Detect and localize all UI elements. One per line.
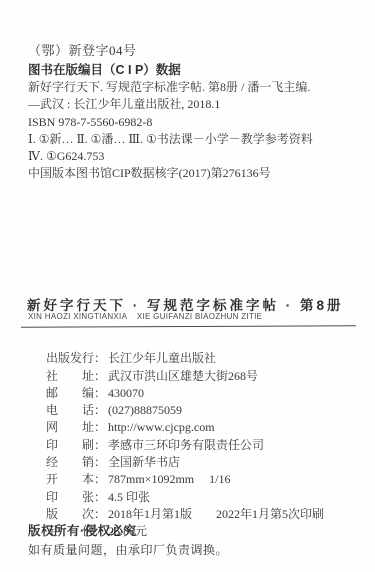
book-title-pinyin: XIN HAOZI XINGTIANXIA XIE GUIFANZI BIAOZ… <box>28 312 262 321</box>
cip-line-publisher: —武汉 : 长江少年儿童出版社, 2018.1 <box>28 96 363 113</box>
pub-label: 社址 <box>46 368 94 385</box>
pub-value: 长江少年儿童出版社 <box>108 351 216 365</box>
pub-colon: ： <box>94 489 106 506</box>
pub-label: 经销 <box>46 454 94 471</box>
pub-value: 全国新华书店 <box>108 455 180 469</box>
pub-colon: ： <box>94 350 106 367</box>
pub-value: http://www.cjcpg.com <box>108 420 215 434</box>
pub-value: 430070 <box>108 386 144 400</box>
cip-line-record-number: 中国版本图书馆CIP数据核字(2017)第276136号 <box>28 165 363 182</box>
cip-heading: 图书在版编目（C I P）数据 <box>28 60 181 78</box>
pub-label: 印张 <box>46 489 94 506</box>
publication-info-block: 出版发行：长江少年儿童出版社 社址：武汉市洪山区雄楚大街268号 邮编：4300… <box>28 333 358 523</box>
copyright-notice: 版权所有·侵权必究 <box>28 521 137 539</box>
pub-label: 电话 <box>46 402 94 419</box>
pub-colon: ： <box>94 437 106 454</box>
cip-line-isbn: ISBN 978-7-5560-6982-8 <box>28 114 363 131</box>
pub-value: 武汉市洪山区雄楚大街268号 <box>108 369 258 383</box>
pub-label: 印刷 <box>46 437 94 454</box>
pub-value: (027)88875059 <box>108 403 182 417</box>
cip-line-class-number: Ⅳ. ①G624.753 <box>28 148 363 165</box>
pub-label: 网址 <box>46 419 94 436</box>
pub-colon: ： <box>94 402 106 419</box>
pub-label: 出版发行 <box>46 350 94 367</box>
pub-label: 邮编 <box>46 385 94 402</box>
pub-colon: ： <box>94 419 106 436</box>
cip-line-classification: Ⅰ. ①新… Ⅱ. ①潘… Ⅲ. ①书法课－小学－教学参考资料 <box>28 131 363 148</box>
copyright-page: （鄂）新登字04号 图书在版编目（C I P）数据 新好字行天下. 写规范字标准… <box>0 0 375 572</box>
pub-label: 开本 <box>46 471 94 488</box>
pub-colon: ： <box>94 454 106 471</box>
pub-value: 787mm×1092mm 1/16 <box>108 472 230 486</box>
book-title: 新好字行天下 · 写规范字标准字帖 · 第8册 <box>27 294 344 314</box>
cip-line-title: 新好字行天下. 写规范字标准字帖. 第8册 / 潘一飞主编. <box>28 79 363 96</box>
pub-colon: ： <box>94 471 106 488</box>
pub-colon: ： <box>94 385 106 402</box>
quality-notice: 如有质量问题，由承印厂负责调换。 <box>28 541 228 558</box>
register-line: （鄂）新登字04号 <box>28 40 137 59</box>
cip-data-block: 新好字行天下. 写规范字标准字帖. 第8册 / 潘一飞主编. —武汉 : 长江少… <box>28 79 363 183</box>
pub-value: 4.5 印张 <box>108 490 150 504</box>
pub-row-publisher: 出版发行：长江少年儿童出版社 <box>28 333 358 350</box>
pub-value: 孝感市三环印务有限责任公司 <box>108 438 264 452</box>
pub-colon: ： <box>94 368 106 385</box>
title-divider-rule <box>21 325 356 327</box>
pub-value: 2018年1月第1版 2022年1月第5次印刷 <box>108 507 324 521</box>
